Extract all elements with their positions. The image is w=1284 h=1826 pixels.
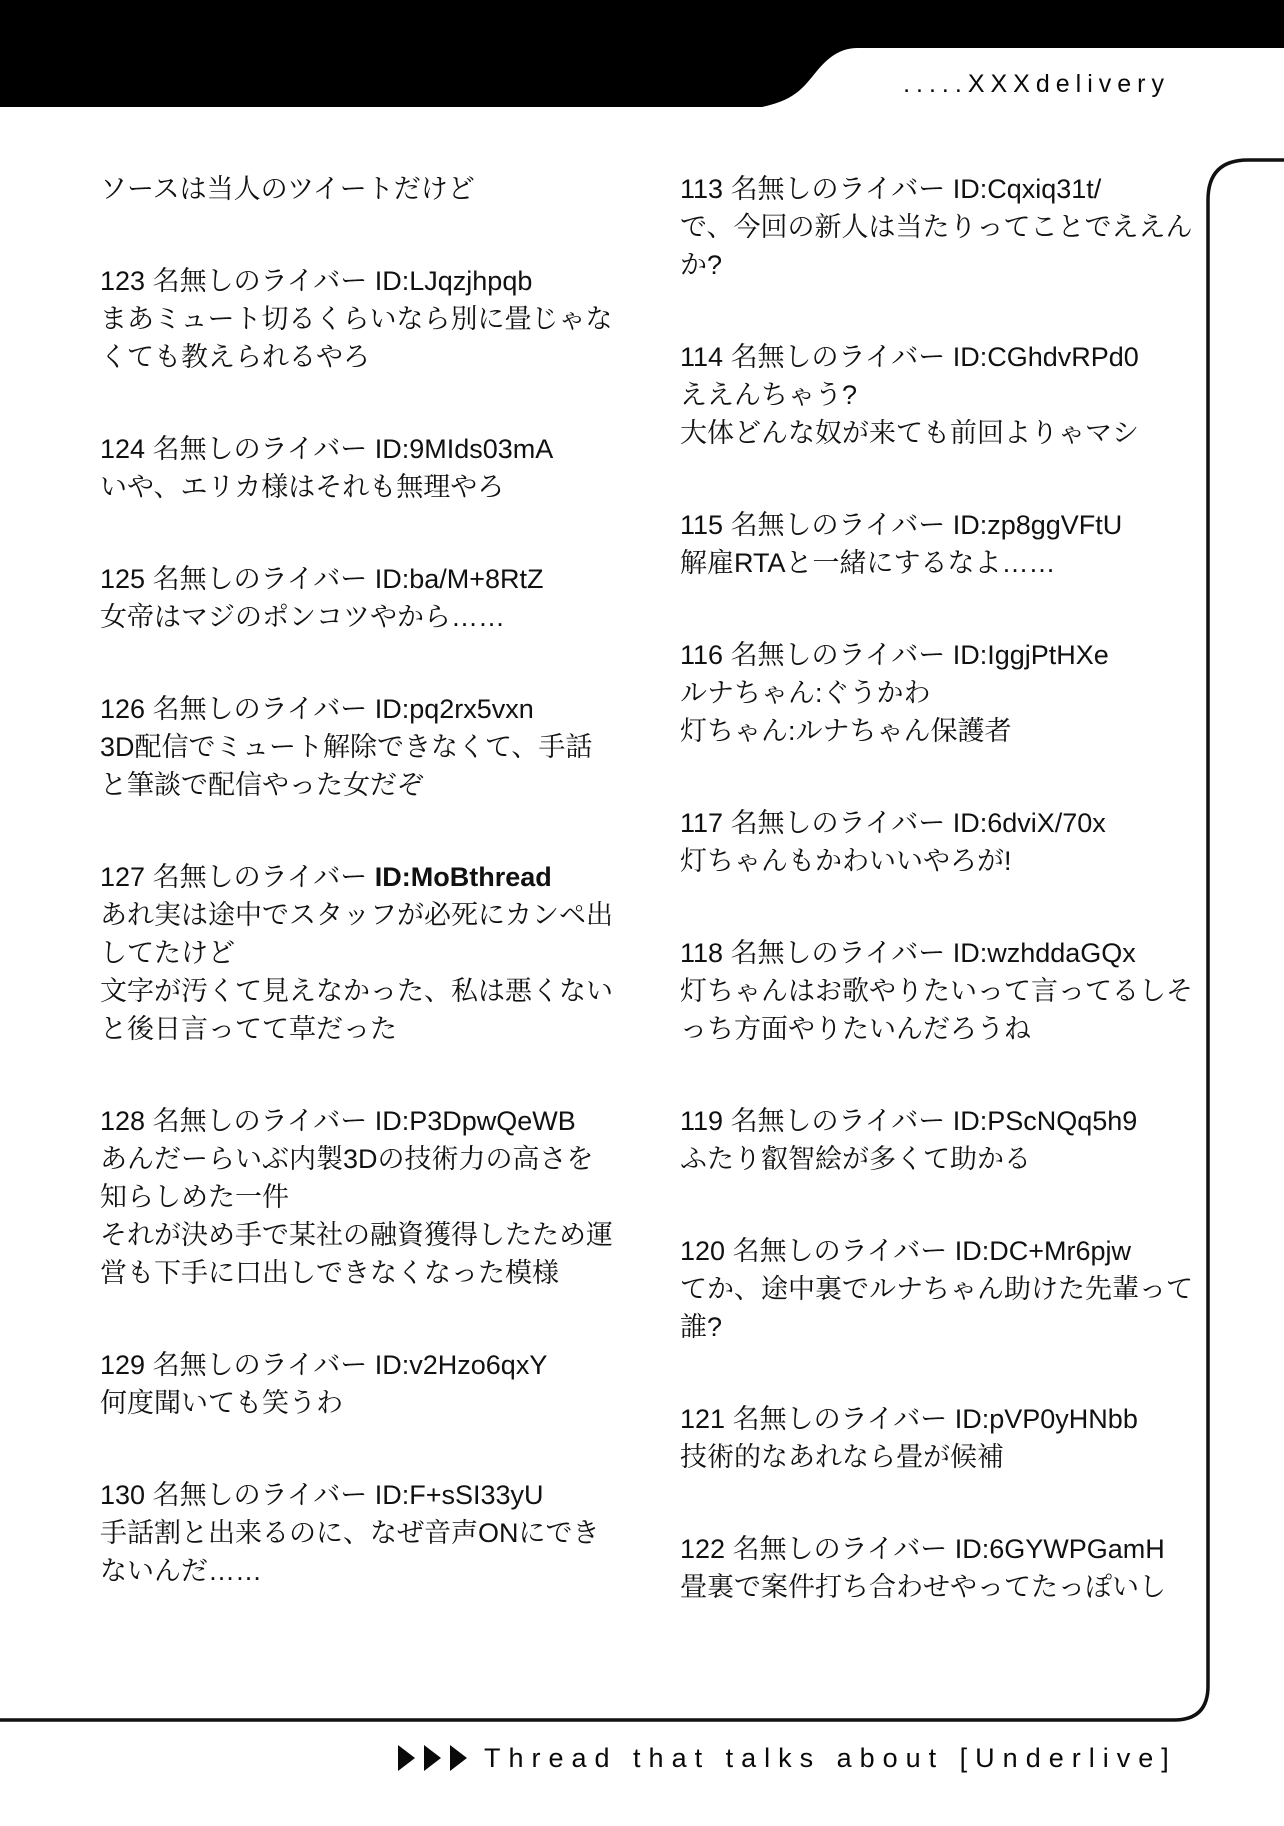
poster-id: ID:zp8ggVFtU (953, 510, 1123, 540)
brand-logo-text: .....XXXdelivery (903, 70, 1170, 99)
poster-id: ID:pq2rx5vxn (375, 694, 534, 724)
poster-name: 名無しのライバー (153, 434, 368, 464)
poster-id: ID:DC+Mr6pjw (955, 1236, 1131, 1266)
thread-post: 130 名無しのライバー ID:F+sSI33yU 手話割と出来るのに、なぜ音声… (100, 1476, 570, 1590)
poster-name: 名無しのライバー (153, 694, 368, 724)
thread-post: 115 名無しのライバー ID:zp8ggVFtU 解雇RTAと一緒にするなよ…… (680, 506, 1190, 582)
post-body: 女帝はマジのポンコツやから…… (100, 598, 570, 636)
post-number: 118 (680, 938, 723, 968)
post-body: 灯ちゃんはお歌やりたいって言ってるしそ っち方面やりたいんだろうね (680, 972, 1190, 1048)
post-number: 113 (680, 174, 723, 204)
poster-id: ID:MoBthread (375, 862, 552, 892)
post-header: 119 名無しのライバー ID:PScNQq5h9 (680, 1102, 1190, 1140)
post-header: 126 名無しのライバー ID:pq2rx5vxn (100, 690, 570, 728)
poster-name: 名無しのライバー (731, 1106, 946, 1136)
post-body: 畳裏で案件打ち合わせやってたっぽいし (680, 1568, 1190, 1606)
poster-name: 名無しのライバー (731, 938, 946, 968)
poster-name: 名無しのライバー (731, 808, 946, 838)
post-header: 123 名無しのライバー ID:LJqzjhpqb (100, 262, 570, 300)
post-header: 125 名無しのライバー ID:ba/M+8RtZ (100, 560, 570, 598)
poster-name: 名無しのライバー (731, 342, 946, 372)
post-body: ええんちゃう? 大体どんな奴が来ても前回よりゃマシ (680, 376, 1190, 452)
post-number: 116 (680, 640, 723, 670)
post-body: ソースは当人のツイートだけど (100, 170, 570, 208)
post-header: 118 名無しのライバー ID:wzhddaGQx (680, 934, 1190, 972)
post-body: 技術的なあれなら畳が候補 (680, 1438, 1190, 1476)
post-body: あんだーらいぶ内製3Dの技術力の高さを 知らしめた一件 それが決め手で某社の融資… (100, 1140, 570, 1292)
poster-id: ID:LJqzjhpqb (375, 266, 533, 296)
poster-id: ID:6GYWPGamH (955, 1534, 1165, 1564)
thread-post: 123 名無しのライバー ID:LJqzjhpqb まあミュート切るくらいなら別… (100, 262, 570, 376)
poster-id: ID:IggjPtHXe (953, 640, 1109, 670)
poster-name: 名無しのライバー (153, 1480, 368, 1510)
post-number: 121 (680, 1404, 725, 1434)
post-body: 何度聞いても笑うわ (100, 1384, 570, 1422)
thread-post: 127 名無しのライバー ID:MoBthread あれ実は途中でスタッフが必死… (100, 858, 570, 1048)
play-arrow-icon (424, 1745, 441, 1771)
post-number: 126 (100, 694, 145, 724)
post-header: 129 名無しのライバー ID:v2Hzo6qxY (100, 1346, 570, 1384)
post-number: 124 (100, 434, 145, 464)
post-header: 121 名無しのライバー ID:pVP0yHNbb (680, 1400, 1190, 1438)
post-number: 129 (100, 1350, 145, 1380)
thread-column-left: ソースは当人のツイートだけど 123 名無しのライバー ID:LJqzjhpqb… (100, 170, 570, 1644)
poster-name: 名無しのライバー (153, 266, 368, 296)
post-body: てか、途中裏でルナちゃん助けた先輩って 誰? (680, 1270, 1190, 1346)
post-header: 127 名無しのライバー ID:MoBthread (100, 858, 570, 896)
thread-post: 121 名無しのライバー ID:pVP0yHNbb 技術的なあれなら畳が候補 (680, 1400, 1190, 1476)
post-number: 123 (100, 266, 145, 296)
poster-id: ID:9MIds03mA (375, 434, 554, 464)
post-body: いや、エリカ様はそれも無理やろ (100, 468, 570, 506)
post-number: 115 (680, 510, 723, 540)
thread-post: 120 名無しのライバー ID:DC+Mr6pjw てか、途中裏でルナちゃん助け… (680, 1232, 1190, 1346)
poster-id: ID:pVP0yHNbb (955, 1404, 1138, 1434)
thread-post: 113 名無しのライバー ID:Cqxiq31t/ で、今回の新人は当たりってこ… (680, 170, 1190, 284)
post-number: 114 (680, 342, 723, 372)
thread-post: 116 名無しのライバー ID:IggjPtHXe ルナちゃん:ぐうかわ 灯ちゃ… (680, 636, 1190, 750)
thread-post: 125 名無しのライバー ID:ba/M+8RtZ 女帝はマジのポンコツやから…… (100, 560, 570, 636)
thread-post: 119 名無しのライバー ID:PScNQq5h9 ふたり叡智絵が多くて助かる (680, 1102, 1190, 1178)
footer: Thread that talks about [Underlive] (398, 1742, 1177, 1774)
post-header: 130 名無しのライバー ID:F+sSI33yU (100, 1476, 570, 1514)
thread-post: 128 名無しのライバー ID:P3DpwQeWB あんだーらいぶ内製3Dの技術… (100, 1102, 570, 1292)
poster-name: 名無しのライバー (733, 1236, 948, 1266)
post-header: 117 名無しのライバー ID:6dviX/70x (680, 804, 1190, 842)
play-arrow-icon (398, 1745, 415, 1771)
post-header: 115 名無しのライバー ID:zp8ggVFtU (680, 506, 1190, 544)
poster-name: 名無しのライバー (731, 510, 946, 540)
thread-post: 122 名無しのライバー ID:6GYWPGamH 畳裏で案件打ち合わせやってた… (680, 1530, 1190, 1606)
post-header: 120 名無しのライバー ID:DC+Mr6pjw (680, 1232, 1190, 1270)
poster-name: 名無しのライバー (153, 1350, 368, 1380)
post-header: 122 名無しのライバー ID:6GYWPGamH (680, 1530, 1190, 1568)
post-body: 解雇RTAと一緒にするなよ…… (680, 544, 1190, 582)
book-page: .....XXXdelivery ソースは当人のツイートだけど 123 名無しの… (0, 0, 1284, 1826)
thread-post: ソースは当人のツイートだけど (100, 170, 570, 208)
post-header: 116 名無しのライバー ID:IggjPtHXe (680, 636, 1190, 674)
post-body: で、今回の新人は当たりってことでええん か? (680, 208, 1190, 284)
poster-id: ID:PScNQq5h9 (953, 1106, 1138, 1136)
poster-name: 名無しのライバー (153, 862, 368, 892)
poster-name: 名無しのライバー (733, 1404, 948, 1434)
post-header: 114 名無しのライバー ID:CGhdvRPd0 (680, 338, 1190, 376)
post-body: まあミュート切るくらいなら別に畳じゃな くても教えられるやろ (100, 300, 570, 376)
thread-post: 118 名無しのライバー ID:wzhddaGQx 灯ちゃんはお歌やりたいって言… (680, 934, 1190, 1048)
poster-id: ID:Cqxiq31t/ (953, 174, 1102, 204)
post-number: 130 (100, 1480, 145, 1510)
post-body: 3D配信でミュート解除できなくて、手話 と筆談で配信やった女だぞ (100, 728, 570, 804)
thread-column-right: 113 名無しのライバー ID:Cqxiq31t/ で、今回の新人は当たりってこ… (680, 170, 1190, 1660)
poster-name: 名無しのライバー (153, 1106, 368, 1136)
play-arrow-icon (450, 1745, 467, 1771)
poster-name: 名無しのライバー (733, 1534, 948, 1564)
post-number: 119 (680, 1106, 723, 1136)
post-number: 122 (680, 1534, 725, 1564)
poster-id: ID:6dviX/70x (953, 808, 1106, 838)
thread-post: 114 名無しのライバー ID:CGhdvRPd0 ええんちゃう? 大体どんな奴… (680, 338, 1190, 452)
post-header: 113 名無しのライバー ID:Cqxiq31t/ (680, 170, 1190, 208)
post-body: ルナちゃん:ぐうかわ 灯ちゃん:ルナちゃん保護者 (680, 674, 1190, 750)
post-header: 124 名無しのライバー ID:9MIds03mA (100, 430, 570, 468)
post-header: 128 名無しのライバー ID:P3DpwQeWB (100, 1102, 570, 1140)
thread-post: 129 名無しのライバー ID:v2Hzo6qxY 何度聞いても笑うわ (100, 1346, 570, 1422)
post-body: 手話割と出来るのに、なぜ音声ONにでき ないんだ…… (100, 1514, 570, 1590)
poster-id: ID:P3DpwQeWB (375, 1106, 576, 1136)
footer-thread-title: Thread that talks about [Underlive] (484, 1743, 1177, 1774)
thread-post: 124 名無しのライバー ID:9MIds03mA いや、エリカ様はそれも無理や… (100, 430, 570, 506)
poster-id: ID:v2Hzo6qxY (375, 1350, 548, 1380)
poster-name: 名無しのライバー (153, 564, 368, 594)
poster-name: 名無しのライバー (731, 640, 946, 670)
post-number: 127 (100, 862, 145, 892)
post-number: 128 (100, 1106, 145, 1136)
post-body: ふたり叡智絵が多くて助かる (680, 1140, 1190, 1178)
post-number: 125 (100, 564, 145, 594)
poster-id: ID:CGhdvRPd0 (953, 342, 1139, 372)
post-number: 117 (680, 808, 723, 838)
thread-post: 117 名無しのライバー ID:6dviX/70x 灯ちゃんもかわいいやろが! (680, 804, 1190, 880)
post-body: 灯ちゃんもかわいいやろが! (680, 842, 1190, 880)
post-number: 120 (680, 1236, 725, 1266)
poster-id: ID:ba/M+8RtZ (375, 564, 544, 594)
post-body: あれ実は途中でスタッフが必死にカンペ出 してたけど 文字が汚くて見えなかった、私… (100, 896, 570, 1048)
thread-post: 126 名無しのライバー ID:pq2rx5vxn 3D配信でミュート解除できな… (100, 690, 570, 804)
poster-id: ID:F+sSI33yU (375, 1480, 544, 1510)
poster-name: 名無しのライバー (731, 174, 946, 204)
poster-id: ID:wzhddaGQx (953, 938, 1136, 968)
